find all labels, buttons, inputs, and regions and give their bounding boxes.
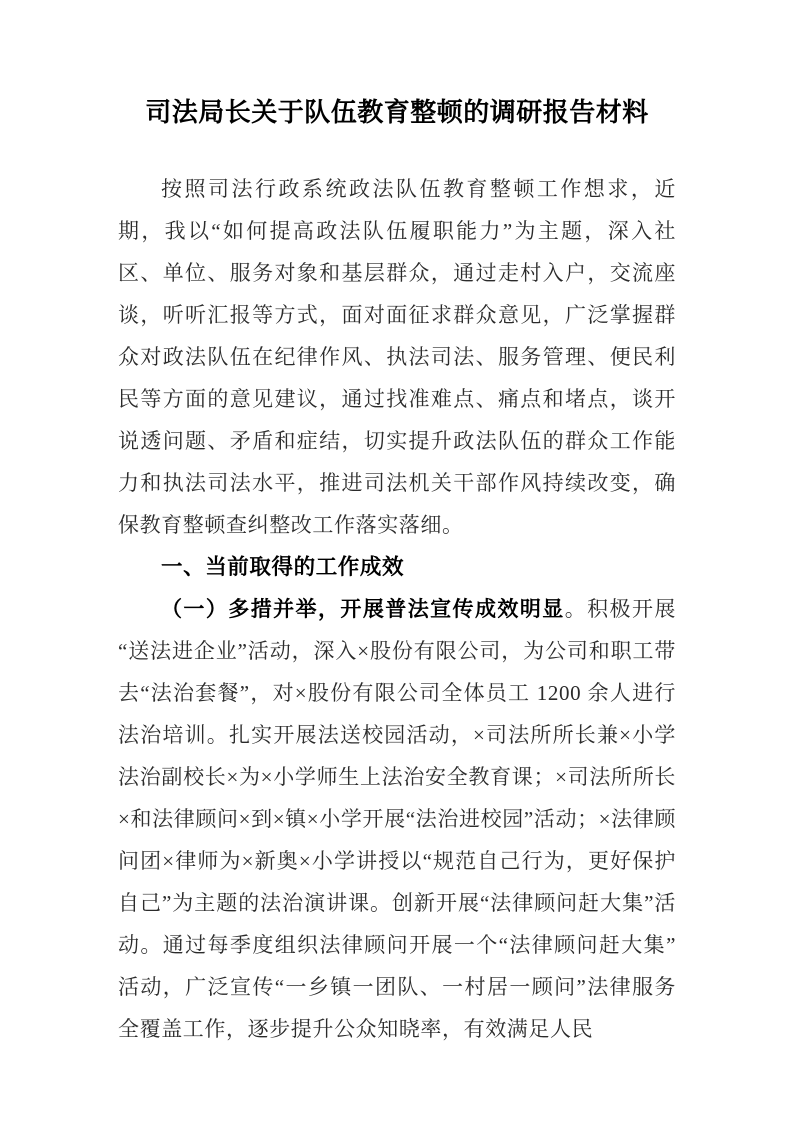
document-page: 司法局长关于队伍教育整顿的调研报告材料 按照司法行政系统政法队伍教育整顿工作想求… — [0, 0, 793, 1122]
intro-paragraph: 按照司法行政系统政法队伍教育整顿工作想求，近期，我以“如何提高政法队伍履职能力”… — [118, 168, 676, 546]
subsection-lead: （一）多措并举，开展普法宣传成效明显 — [161, 597, 565, 621]
section-heading: 一、当前取得的工作成效 — [118, 546, 676, 588]
subsection-paragraph: （一）多措并举，开展普法宣传成效明显。积极开展“送法进企业”活动，深入×股份有限… — [118, 588, 676, 1050]
subsection-body-text: 。积极开展“送法进企业”活动，深入×股份有限公司，为公司和职工带去“法治套餐”，… — [118, 597, 676, 1041]
document-title: 司法局长关于队伍教育整顿的调研报告材料 — [118, 96, 676, 130]
